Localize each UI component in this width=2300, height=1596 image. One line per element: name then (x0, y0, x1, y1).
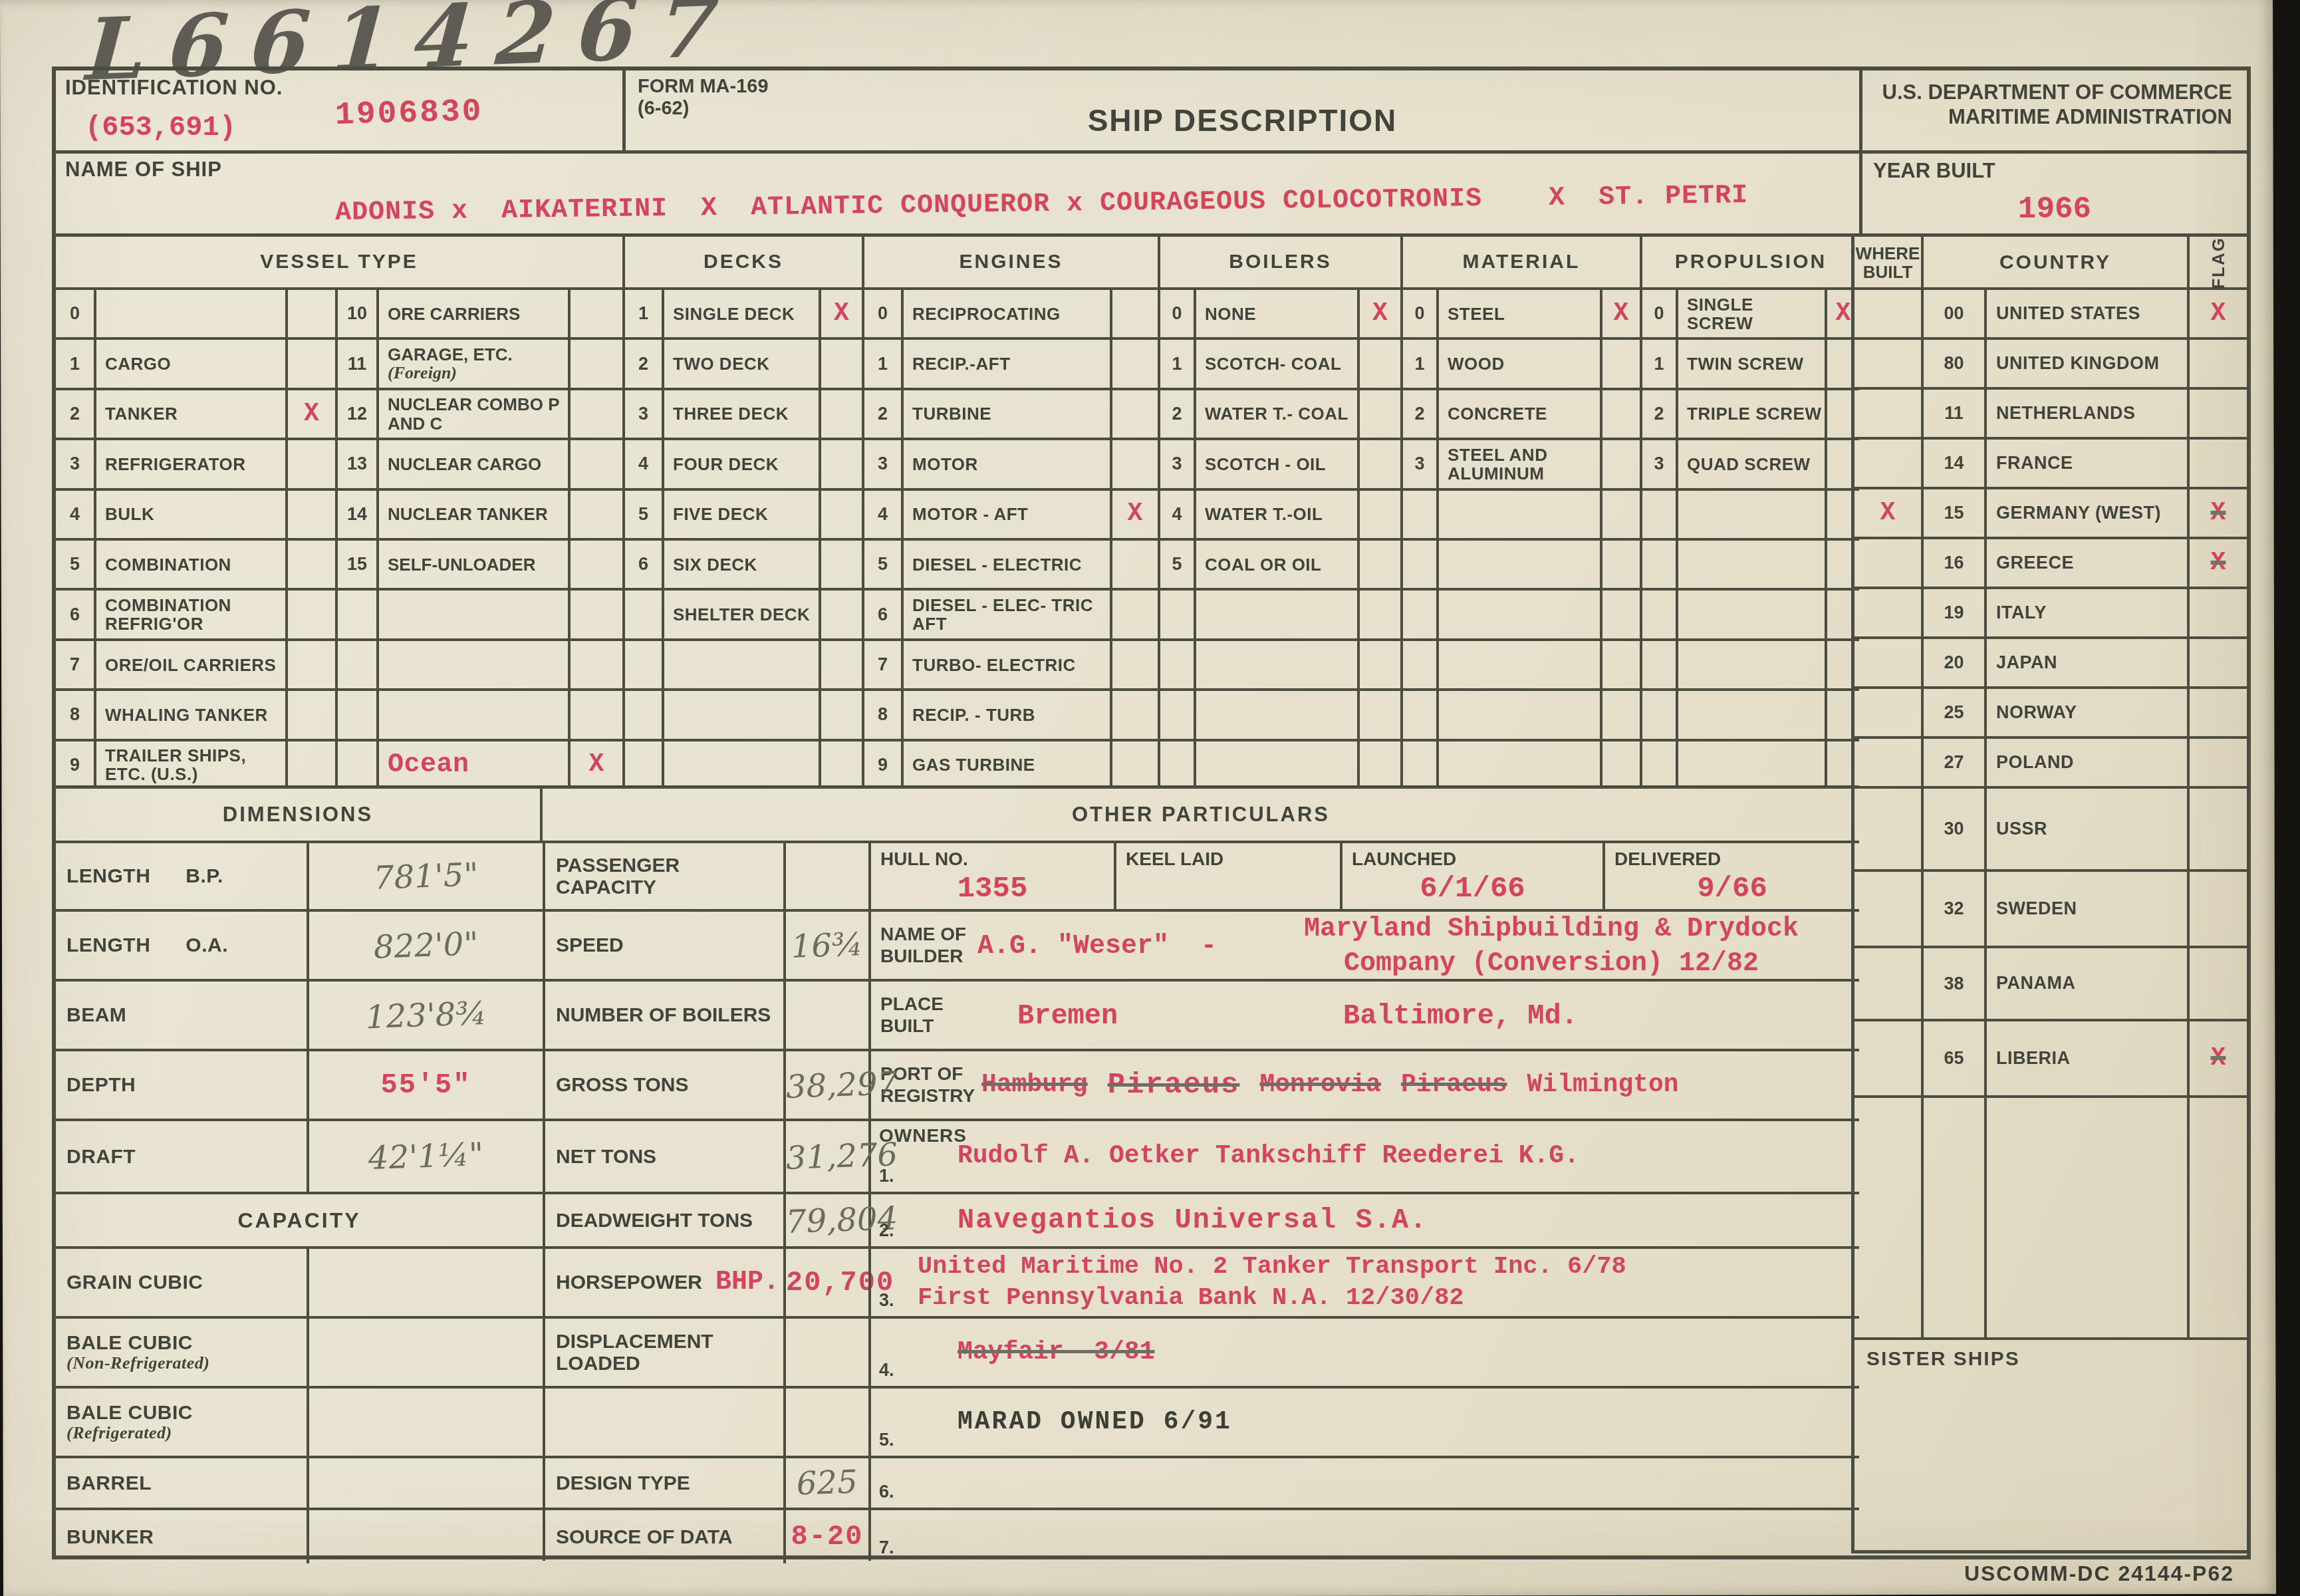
dimensions-body: LENGTH B.P. 781'5" LENGTH O.A. 822'0" BE… (56, 843, 1859, 1561)
decks-row: 2 TWO DECK (625, 340, 862, 390)
builder-row: NAME OF BUILDER A.G. "Weser" - Maryland … (871, 912, 1859, 982)
country-row: 20 JAPAN (1854, 639, 2247, 689)
country-empty-row (1854, 1098, 2247, 1340)
owner-row: OWNERS 1. Rudolf A. Oetker Tankschiff Re… (871, 1121, 1859, 1194)
boilers-row: 5 COAL OR OIL (1160, 541, 1400, 591)
registry-entry: Wilmington (1527, 1071, 1679, 1099)
vessel-type-row: 1 CARGO 11 GARAGE, ETC.(Foreign) (56, 340, 622, 390)
agency-line-1: U.S. DEPARTMENT OF COMMERCE (1862, 80, 2232, 104)
particular-row (545, 1389, 868, 1458)
typed-value: 9/66 (1605, 872, 1859, 906)
build-dates-row: HULL NO. 1355 KEEL LAID LAUNCHED 6/1/66 … (871, 843, 1859, 912)
boilers-row: 2 WATER T.- COAL (1160, 390, 1400, 440)
registry-entry: Piraeus (1108, 1069, 1240, 1102)
engines-row: 3 MOTOR (864, 440, 1158, 490)
propulsion-row (1642, 541, 1859, 591)
dimensions-particulars-table: DIMENSIONS OTHER PARTICULARS LENGTH B.P.… (56, 789, 1859, 1563)
check-x-mark: X (1372, 301, 1388, 327)
section-material: MATERIAL 0 STEEL X 1 WOOD 2 CONCRETE 3 S… (1400, 237, 1640, 785)
agency-box: U.S. DEPARTMENT OF COMMERCE MARITIME ADM… (1859, 70, 2247, 150)
vessel-type-row: 0 10 ORE CARRIERS (56, 290, 622, 340)
form-title: SHIP DESCRIPTION (626, 102, 1859, 138)
owner-number: 3. (879, 1290, 894, 1311)
where-built-x-mark: X (1880, 501, 1896, 526)
flag-x-mark: X (2211, 301, 2226, 327)
owner-number: 4. (879, 1360, 894, 1381)
engines-title: ENGINES (864, 237, 1158, 290)
identification-paren: (653,691) (85, 112, 236, 144)
material-row (1403, 491, 1640, 541)
handwritten-value: 42'1¼" (368, 1136, 484, 1177)
owner-value: United Maritime No. 2 Tanker Transport I… (871, 1252, 1626, 1313)
dimension-row: BALE CUBIC(Refrigerated) (56, 1389, 543, 1458)
dimension-row: BEAM 123'8¾ (56, 982, 543, 1051)
owner-number: 5. (879, 1430, 894, 1450)
capacity-header-row: CAPACITY (56, 1194, 543, 1249)
registry-entry: Hamburg (981, 1071, 1088, 1099)
vessel-type-row: 2 TANKER X 12 NUCLEAR COMBO P AND C (56, 390, 622, 440)
where-built-label: WHERE BUILT (1854, 237, 1921, 289)
propulsion-row: 1 TWIN SCREW (1642, 340, 1859, 390)
boilers-row: 4 WATER T.-OIL (1160, 491, 1400, 541)
propulsion-row (1642, 741, 1859, 789)
particular-row: DISPLACEMENT LOADED (545, 1319, 868, 1389)
material-row: 1 WOOD (1403, 340, 1640, 390)
typed-value: Ocean (388, 751, 469, 779)
dimension-row: BALE CUBIC(Non-Refrigerated) (56, 1319, 543, 1389)
name-of-ship-row: NAME OF SHIP ADONIS x AIKATERINI X ATLAN… (56, 154, 2247, 237)
particular-row: SPEED 16¾ (545, 912, 868, 982)
port-of-registry-row: PORT OF REGISTRY HamburgPiraeusMonroviaP… (871, 1051, 1859, 1121)
check-x-mark: X (1128, 501, 1143, 527)
ship-names: ADONIS x AIKATERINI X ATLANTIC CONQUEROR… (335, 181, 1749, 228)
vessel-type-row: 4 BULK 14 NUCLEAR TANKER (56, 491, 622, 541)
handwritten-value: 38,297 (785, 1065, 898, 1106)
registry-entry: Piraeus (1401, 1071, 1507, 1099)
vessel-type-row: 5 COMBINATION 15 SELF-UNLOADER (56, 541, 622, 591)
dimension-row: GRAIN CUBIC (56, 1249, 543, 1319)
engines-row: 5 DIESEL - ELECTRIC (864, 541, 1158, 591)
builder-value-2: Maryland Shipbuilding & Drydock Company … (1304, 914, 1799, 979)
country-row: 14 FRANCE (1854, 440, 2247, 489)
country-header: WHERE BUILT COUNTRY FLAG (1854, 237, 2247, 290)
vessel-type-row: 8 WHALING TANKER (56, 691, 622, 741)
propulsion-row: 3 QUAD SCREW (1642, 440, 1859, 490)
typed-value: 8-20 (791, 1521, 864, 1553)
flag-header: FLAG (2187, 237, 2247, 289)
decks-row: 6 SIX DECK (625, 541, 862, 591)
engines-row: 9 GAS TURBINE (864, 741, 1158, 789)
builder-value-1: A.G. "Weser" - (977, 932, 1217, 962)
country-row: 11 NETHERLANDS (1854, 390, 2247, 440)
country-row: 38 PANAMA (1854, 948, 2247, 1021)
section-engines: ENGINES 0 RECIPROCATING 1 RECIP.-AFT 2 T… (862, 237, 1158, 785)
year-built-box: YEAR BUILT 1966 (1859, 154, 2247, 233)
dimension-row: BUNKER (56, 1510, 543, 1563)
name-of-ship-box: NAME OF SHIP ADONIS x AIKATERINI X ATLAN… (56, 154, 1859, 233)
place-built-value-2: Baltimore, Md. (1343, 1000, 1578, 1032)
handwritten-value: 781'5" (373, 856, 479, 896)
material-row (1403, 691, 1640, 741)
check-x-mark: X (1614, 301, 1629, 327)
owner-row: 3. United Maritime No. 2 Tanker Transpor… (871, 1249, 1859, 1319)
owner-value: Navegantios Universal S.A. (871, 1203, 1428, 1238)
country-row: 30 USSR (1854, 789, 2247, 872)
decks-row (625, 641, 862, 691)
decks-row: 1 SINGLE DECK X (625, 290, 862, 340)
boilers-row (1160, 691, 1400, 741)
owner-value: Mayfair 3/81 (871, 1337, 1154, 1369)
build-cell: LAUNCHED 6/1/66 (1340, 843, 1602, 909)
propulsion-row: 0 SINGLE SCREW X (1642, 290, 1859, 340)
material-row (1403, 641, 1640, 691)
handwritten-value: 16¾ (791, 926, 863, 966)
sister-ships-label: SISTER SHIPS (1866, 1348, 2020, 1371)
sister-ships-box: SISTER SHIPS (1854, 1340, 2247, 1551)
material-row: 0 STEEL X (1403, 290, 1640, 340)
owner-number: 7. (879, 1537, 894, 1558)
dimension-row: BARREL (56, 1458, 543, 1510)
material-row: 3 STEEL AND ALUMINUM (1403, 440, 1640, 490)
agency-line-2: MARITIME ADMINISTRATION (1862, 104, 2232, 129)
boilers-row: 1 SCOTCH- COAL (1160, 340, 1400, 390)
check-x-mark: X (589, 752, 604, 777)
classification-table: VESSEL TYPE 0 10 ORE CARRIERS 1 CARGO 11… (56, 237, 1859, 789)
boilers-row: 0 NONE X (1160, 290, 1400, 340)
particulars-mid-column: PASSENGER CAPACITY SPEED 16¾ NUMBER OF B… (543, 843, 868, 1561)
country-row: 16 GREECE X (1854, 539, 2247, 589)
decks-row (625, 691, 862, 741)
engines-row: 1 RECIP.-AFT (864, 340, 1158, 390)
engines-row: 7 TURBO- ELECTRIC (864, 641, 1158, 691)
year-built-value: 1966 (1862, 192, 2247, 227)
country-row: X 15 GERMANY (WEST) X (1854, 489, 2247, 539)
vessel-type-title: VESSEL TYPE (56, 237, 622, 290)
dimension-row: LENGTH O.A. 822'0" (56, 912, 543, 982)
particular-row: DEADWEIGHT TONS 79,804 (545, 1194, 868, 1249)
section-decks: DECKS 1 SINGLE DECK X 2 TWO DECK 3 THREE… (622, 237, 862, 785)
vessel-type-row: 7 ORE/OIL CARRIERS (56, 641, 622, 691)
section-boilers: BOILERS 0 NONE X 1 SCOTCH- COAL 2 WATER … (1158, 237, 1400, 785)
owner-number: 1. (879, 1166, 894, 1186)
vessel-type-row: 9 TRAILER SHIPS, ETC. (U.S.) Ocean X (56, 741, 622, 789)
owner-row: 6. (871, 1458, 1859, 1510)
handwritten-value: 822'0" (373, 925, 479, 966)
dimensions-header-row: DIMENSIONS OTHER PARTICULARS (56, 789, 1859, 843)
country-row: 00 UNITED STATES X (1854, 290, 2247, 340)
decks-row: 3 THREE DECK (625, 390, 862, 440)
particular-row: HORSEPOWERBHP. 20,700 (545, 1249, 868, 1319)
country-row: 32 SWEDEN (1854, 872, 2247, 948)
owner-row: 2. Navegantios Universal S.A. (871, 1194, 1859, 1249)
capacity-title: CAPACITY (237, 1208, 360, 1233)
dimension-row: DRAFT 42'1¼" (56, 1121, 543, 1194)
particular-row: DESIGN TYPE 625 (545, 1458, 868, 1510)
owner-row: 7. (871, 1510, 1859, 1563)
engines-row: 2 TURBINE (864, 390, 1158, 440)
boilers-title: BOILERS (1160, 237, 1400, 290)
engines-row: 6 DIESEL - ELEC- TRIC AFT (864, 591, 1158, 640)
propulsion-row (1642, 491, 1859, 541)
boilers-row (1160, 641, 1400, 691)
footer-print-code: USCOMM-DC 24144-P62 (1915, 1561, 2234, 1586)
propulsion-title: PROPULSION (1642, 237, 1859, 290)
decks-row (625, 741, 862, 789)
material-row (1403, 541, 1640, 591)
build-cell: HULL NO. 1355 (871, 843, 1114, 909)
material-title: MATERIAL (1403, 237, 1640, 290)
form-number-box: FORM MA-169 (6-62) SHIP DESCRIPTION (622, 70, 1859, 150)
material-row (1403, 741, 1640, 789)
owners-label: OWNERS (879, 1125, 967, 1146)
identification-stamp: 1906830 (334, 94, 483, 134)
flag-x-mark: X (2211, 501, 2226, 526)
particular-row: PASSENGER CAPACITY (545, 843, 868, 912)
place-built-row: PLACE BUILT Bremen Baltimore, Md. (871, 982, 1859, 1051)
identification-box: IDENTIFICATION NO. (653,691) 1906830 (56, 70, 622, 150)
decks-title: DECKS (625, 237, 862, 290)
country-row: 80 UNITED KINGDOM (1854, 340, 2247, 390)
propulsion-row (1642, 591, 1859, 640)
place-built-label: PLACE BUILT (871, 994, 977, 1036)
check-x-mark: X (834, 301, 849, 327)
dimension-row: DEPTH 55'5" (56, 1051, 543, 1121)
section-vessel-type: VESSEL TYPE 0 10 ORE CARRIERS 1 CARGO 11… (56, 237, 622, 785)
vessel-type-row: 6 COMBINATION REFRIG'OR (56, 591, 622, 640)
form-header-row: IDENTIFICATION NO. (653,691) 1906830 FOR… (56, 70, 2247, 154)
owner-value: MARAD OWNED 6/91 (871, 1406, 1232, 1438)
flag-label: FLAG (2208, 237, 2229, 289)
boilers-row (1160, 741, 1400, 789)
particular-row: NET TONS 31,276 (545, 1121, 868, 1194)
boilers-row (1160, 591, 1400, 640)
section-propulsion: PROPULSION 0 SINGLE SCREW X 1 TWIN SCREW… (1640, 237, 1859, 785)
particular-row: SOURCE OF DATA 8-20 (545, 1510, 868, 1563)
particular-row: NUMBER OF BOILERS (545, 982, 868, 1051)
owner-row: 5. MARAD OWNED 6/91 (871, 1389, 1859, 1458)
ship-description-form: IDENTIFICATION NO. (653,691) 1906830 FOR… (52, 66, 2251, 1559)
propulsion-row (1642, 641, 1859, 691)
owner-number: 2. (879, 1220, 894, 1241)
check-x-mark: X (1836, 301, 1851, 327)
flag-x-mark: X (2211, 551, 2226, 576)
country-row: 27 POLAND (1854, 739, 2247, 789)
engines-row: 8 RECIP. - TURB (864, 691, 1158, 741)
dimensions-title: DIMENSIONS (56, 789, 543, 841)
engines-row: 4 MOTOR - AFT X (864, 491, 1158, 541)
name-of-ship-label: NAME OF SHIP (65, 158, 222, 182)
dimension-row: LENGTH B.P. 781'5" (56, 843, 543, 912)
registry-entry: Monrovia (1259, 1071, 1380, 1099)
other-particulars-column: HULL NO. 1355 KEEL LAID LAUNCHED 6/1/66 … (868, 843, 1859, 1561)
other-particulars-title: OTHER PARTICULARS (543, 789, 1859, 841)
engines-row: 0 RECIPROCATING (864, 290, 1158, 340)
country-row: 25 NORWAY (1854, 689, 2247, 739)
typed-value: 6/1/66 (1342, 872, 1602, 906)
build-cell: KEEL LAID (1114, 843, 1340, 909)
decks-row: 5 FIVE DECK (625, 491, 862, 541)
country-title: COUNTRY (1921, 237, 2187, 289)
vessel-type-row: 3 REFRIGERATOR 13 NUCLEAR CARGO (56, 440, 622, 490)
material-row: 2 CONCRETE (1403, 390, 1640, 440)
builder-label: NAME OF BUILDER (871, 924, 977, 966)
typed-value: 55'5" (380, 1069, 471, 1101)
handwritten-value: 625 (796, 1463, 858, 1502)
propulsion-row (1642, 691, 1859, 741)
owner-value: Rudolf A. Oetker Tankschiff Reederei K.G… (871, 1140, 1579, 1172)
check-x-mark: X (304, 402, 319, 427)
decks-row: SHELTER DECK (625, 591, 862, 640)
value-prefix: BHP. (715, 1268, 779, 1297)
particular-row: GROSS TONS 38,297 (545, 1051, 868, 1121)
typed-value: 1355 (871, 872, 1114, 906)
dimensions-column: LENGTH B.P. 781'5" LENGTH O.A. 822'0" BE… (56, 843, 543, 1561)
decks-row: 4 FOUR DECK (625, 440, 862, 490)
handwritten-value: 123'8¾ (365, 994, 487, 1035)
boilers-row: 3 SCOTCH - OIL (1160, 440, 1400, 490)
build-cell: DELIVERED 9/66 (1602, 843, 1859, 909)
place-built-value-1: Bremen (1017, 1000, 1118, 1032)
material-row (1403, 591, 1640, 640)
section-country: WHERE BUILT COUNTRY FLAG 00 UNITED STATE… (1851, 237, 2247, 1553)
country-row: 65 LIBERIA X (1854, 1021, 2247, 1098)
identification-label: IDENTIFICATION NO. (65, 76, 283, 100)
country-row: 19 ITALY (1854, 589, 2247, 639)
propulsion-row: 2 TRIPLE SCREW (1642, 390, 1859, 440)
owner-row: 4. Mayfair 3/81 (871, 1319, 1859, 1389)
flag-x-mark: X (2211, 1046, 2226, 1071)
owner-number: 6. (879, 1482, 894, 1502)
year-built-label: YEAR BUILT (1873, 159, 1995, 183)
